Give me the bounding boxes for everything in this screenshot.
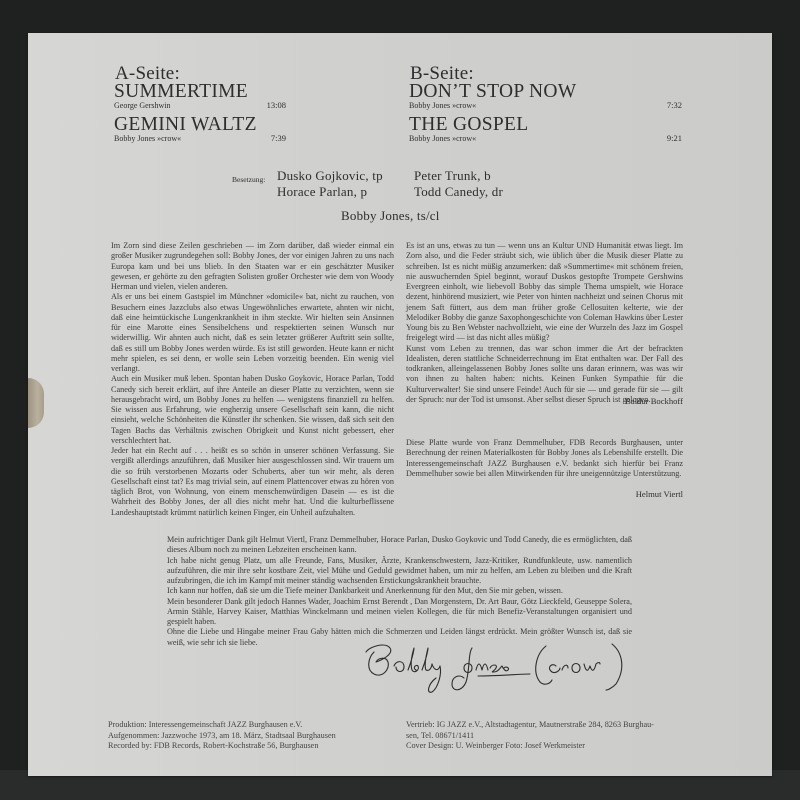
- paragraph: Im Zorn sind diese Zeilen geschrieben — …: [111, 241, 394, 292]
- paragraph: Ich habe nicht genug Platz, um alle Freu…: [167, 556, 632, 587]
- track-title: THE GOSPEL: [409, 114, 528, 136]
- liner-notes-left: Im Zorn sind diese Zeilen geschrieben — …: [111, 241, 394, 518]
- paragraph: Auch ein Musiker muß leben. Spontan habe…: [111, 374, 394, 446]
- musician: Bobby Jones, ts/cl: [341, 208, 440, 224]
- signature-stroke: [360, 640, 640, 700]
- thanks-note: Mein aufrichtiger Dank gilt Helmut Viert…: [167, 535, 632, 648]
- paragraph: Mein besonderer Dank gilt jedoch Hannes …: [167, 597, 632, 628]
- credits-left: Produktion: Interessengemeinschaft JAZZ …: [108, 720, 408, 752]
- track-composer: Bobby Jones »crow«: [409, 134, 476, 143]
- handwritten-signature: [360, 640, 640, 700]
- paragraph: Es ist an uns, etwas zu tun — wenn uns a…: [406, 241, 683, 344]
- track-title: SUMMERTIME: [114, 81, 248, 103]
- track-duration: 7:39: [246, 133, 286, 143]
- paragraph: Jeder hat ein Recht auf . . . heißt es s…: [111, 446, 394, 518]
- credits-right: Vertrieb: IG JAZZ e.V., Altstadtagentur,…: [406, 720, 696, 752]
- paragraph: Ich kann nur hoffen, daß sie um die Tief…: [167, 586, 632, 596]
- lineup-label: Besetzung:: [232, 175, 265, 184]
- track-composer: Bobby Jones »crow«: [114, 134, 181, 143]
- credit-line: Aufgenommen: Jazzwoche 1973, am 18. März…: [108, 731, 408, 742]
- track-composer: Bobby Jones »crow«: [409, 101, 476, 110]
- track-title: GEMINI WALTZ: [114, 114, 257, 136]
- credit-line: Vertrieb: IG JAZZ e.V., Altstadtagentur,…: [406, 720, 696, 731]
- track-duration: 7:32: [642, 100, 682, 110]
- track-composer: George Gershwin: [114, 101, 171, 110]
- producer-note: Diese Platte wurde von Franz Demmelhuber…: [406, 438, 683, 479]
- liner-author: Baldur Bockhoff: [560, 396, 683, 406]
- paragraph: Mein aufrichtiger Dank gilt Helmut Viert…: [167, 535, 632, 556]
- track-duration: 9:21: [642, 133, 682, 143]
- musician: Peter Trunk, b: [414, 168, 491, 184]
- credit-line: Cover Design: U. Weinberger Foto: Josef …: [406, 741, 696, 752]
- paragraph: Als er uns bei einem Gastspiel im Münchn…: [111, 292, 394, 374]
- track-duration: 13:08: [246, 100, 286, 110]
- track-title: DON’T STOP NOW: [409, 81, 576, 103]
- liner-notes-right: Es ist an uns, etwas zu tun — wenn uns a…: [406, 241, 683, 405]
- musician: Dusko Gojkovic, tp: [277, 168, 383, 184]
- credit-line: sen, Tel. 08671/1411: [406, 731, 696, 742]
- producer-note-author: Helmut Viertl: [560, 489, 683, 499]
- credit-line: Recorded by: FDB Records, Robert-Kochstr…: [108, 741, 408, 752]
- credit-line: Produktion: Interessengemeinschaft JAZZ …: [108, 720, 408, 731]
- musician: Horace Parlan, p: [277, 184, 367, 200]
- musician: Todd Canedy, dr: [414, 184, 503, 200]
